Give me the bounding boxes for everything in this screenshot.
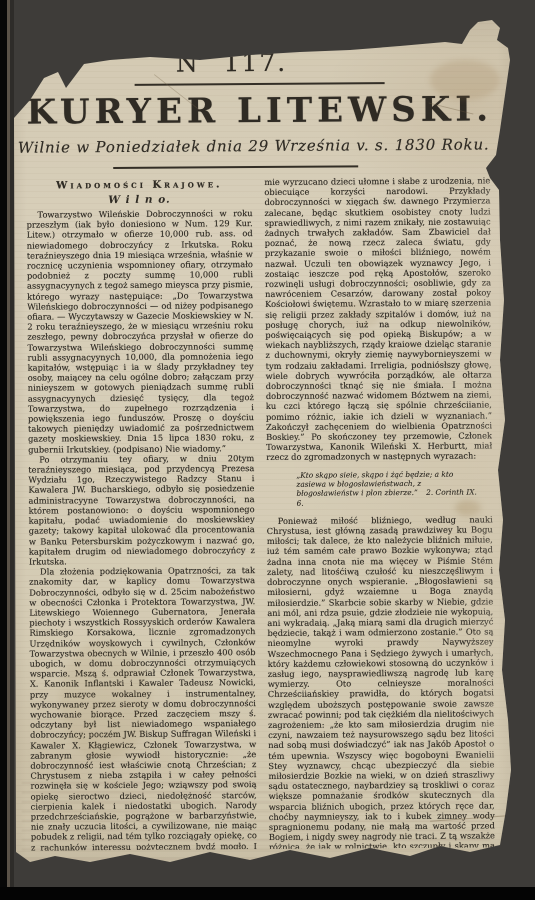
masthead-rule-bottom — [113, 165, 358, 169]
scan-bottom-edge — [0, 887, 535, 900]
printed-content: Nro117. KURYER LITEWSKI. w Wilnie w Poni… — [11, 0, 513, 851]
scripture-quote: „Kto skąpo sieie, skąpo i żąć będzie; a … — [296, 469, 484, 507]
issue-number: Nro117. — [0, 46, 480, 78]
newspaper-title: KURYER LITEWSKI. — [12, 89, 508, 132]
masthead: Nro117. KURYER LITEWSKI. w Wilnie w Poni… — [11, 0, 508, 170]
subheader-wilno: W i l n o. — [26, 193, 252, 207]
scan-left-binding-edge — [0, 0, 14, 900]
issue-superscript: ro — [200, 48, 214, 61]
masthead-rule-top — [135, 82, 385, 86]
left-paragraph: Po otrzymaniu tey ofiary, w dniu 20tym t… — [28, 453, 255, 567]
left-paragraph: Towarzystwo Wileńskie Dobroczynności w r… — [26, 208, 254, 454]
dateline: w Wilnie w Poniedziałek dnia 29 Września… — [0, 135, 492, 156]
issue-prefix: N — [176, 48, 200, 77]
section-header-domestic-news: Wiadomości Krajowe. — [26, 179, 252, 192]
article-columns: Wiadomości Krajowe. W i l n o. Towarzyst… — [26, 175, 495, 850]
newspaper-sheet: Nro117. KURYER LITEWSKI. w Wilnie w Poni… — [0, 0, 535, 900]
scanned-newspaper-page: Nro117. KURYER LITEWSKI. w Wilnie w Poni… — [0, 0, 535, 900]
right-paragraph: Ponieważ miłość bliźniego, według nauki … — [267, 514, 495, 850]
right-paragraph-continuation: mie wyrzucano dzieci ułomne i słabe z ur… — [264, 175, 492, 462]
issue-value: 117. — [223, 48, 287, 77]
left-paragraph: Dla złożenia podziękowania Opatrzności, … — [29, 565, 257, 850]
left-column: Wiadomości Krajowe. W i l n o. Towarzyst… — [26, 177, 257, 851]
right-column: mie wyrzucano dzieci ułomne i słabe z ur… — [264, 175, 495, 849]
